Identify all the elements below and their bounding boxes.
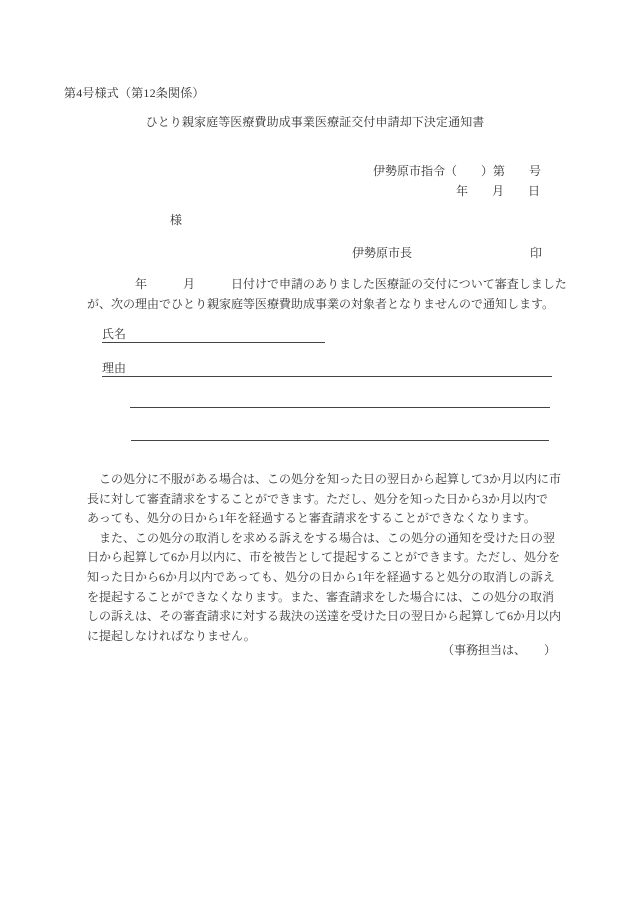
addressee-honorific: 様 <box>170 211 182 228</box>
reason-blank-line-3 <box>131 440 549 441</box>
name-field-label: 氏名 <box>102 328 126 341</box>
appeal-paragraph-1: この処分に不服がある場合は、この処分を知った日の翌日から起算して3か月以内に市 … <box>87 470 567 529</box>
appeal-paragraph-2: また、この処分の取消しを求める訴えをする場合は、この処分の通知を受けた日の翌 日… <box>87 529 567 647</box>
document-title: ひとり親家庭等医療費助成事業医療証交付申請却下決定通知書 <box>0 113 630 130</box>
document-page: 第4号様式（第12条関係） ひとり親家庭等医療費助成事業医療証交付申請却下決定通… <box>0 0 630 915</box>
mayor-title: 伊勢原市長 <box>352 244 412 261</box>
seal-placeholder: 印 <box>530 244 542 261</box>
form-number: 第4号様式（第12条関係） <box>64 84 205 101</box>
notice-body-paragraph: 年 月 日付けで申請のありました医療証の交付について審査しました が、次の理由で… <box>87 274 567 314</box>
reason-field-row: 理由 <box>102 362 552 377</box>
reason-blank-line-2 <box>130 407 550 408</box>
issue-date-line: 年 月 日 <box>456 182 540 199</box>
clerk-note: （事務担当は、 ） <box>442 641 556 658</box>
name-field-row: 氏名 <box>102 328 325 343</box>
reason-field-label: 理由 <box>102 362 126 375</box>
mayor-signature-row: 伊勢原市長 印 <box>352 244 542 261</box>
appeal-instructions: この処分に不服がある場合は、この処分を知った日の翌日から起算して3か月以内に市 … <box>87 470 567 646</box>
directive-number-line: 伊勢原市指令（ ）第 号 <box>373 162 541 179</box>
